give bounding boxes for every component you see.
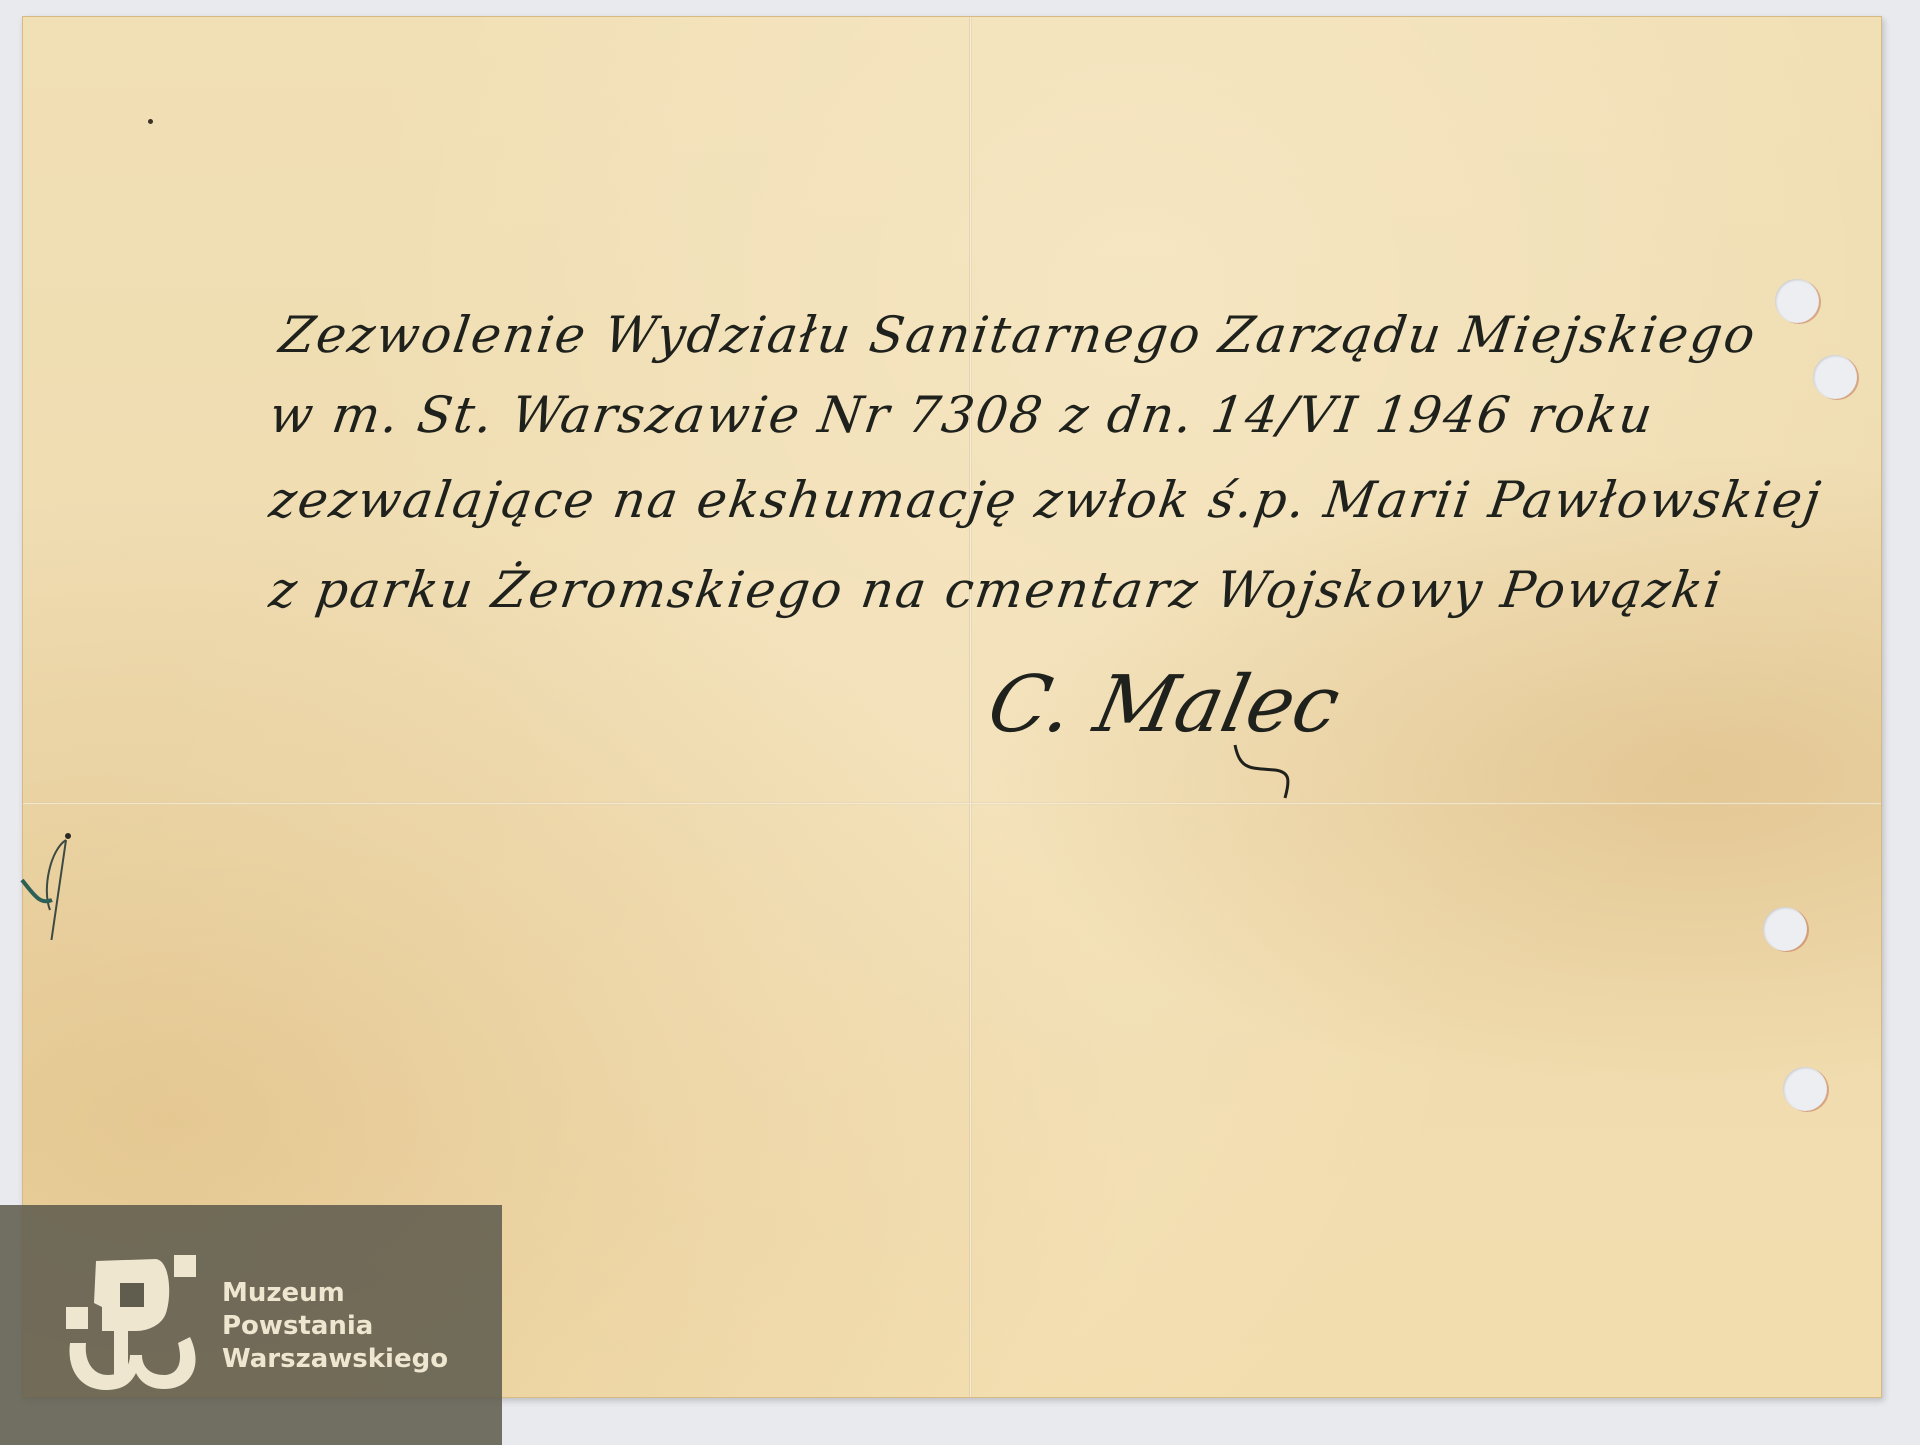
text-line-1: Zezwolenie Wydziału Sanitarnego Zarządu … [276, 310, 1759, 360]
document-paper [22, 16, 1882, 1398]
punch-hole [1775, 279, 1819, 323]
text-line-2: w m. St. Warszawie Nr 7308 z dn. 14/VI 1… [266, 390, 1657, 440]
museum-name: Muzeum Powstania Warszawskiego [222, 1277, 448, 1376]
museum-name-line-3: Warszawskiego [222, 1343, 448, 1376]
museum-name-line-1: Muzeum [222, 1277, 448, 1310]
punch-hole [1783, 1067, 1827, 1111]
margin-pencil-mark [20, 800, 80, 940]
signature-flourish [1230, 740, 1310, 800]
vertical-fold-line [969, 17, 972, 1397]
punch-hole [1763, 907, 1807, 951]
museum-name-line-2: Powstania [222, 1310, 448, 1343]
kotwica-anchor-icon [66, 1255, 206, 1395]
horizontal-fold-line [23, 802, 1881, 805]
museum-watermark: Muzeum Powstania Warszawskiego [0, 1205, 502, 1445]
text-line-4: z parku Żeromskiego na cmentarz Wojskowy… [266, 565, 1725, 615]
signature: C. Malec [980, 660, 1347, 750]
punch-hole [1813, 355, 1857, 399]
text-line-3: zezwalające na ekshumację zwłok ś.p. Mar… [266, 475, 1825, 525]
ink-speck [148, 119, 153, 124]
